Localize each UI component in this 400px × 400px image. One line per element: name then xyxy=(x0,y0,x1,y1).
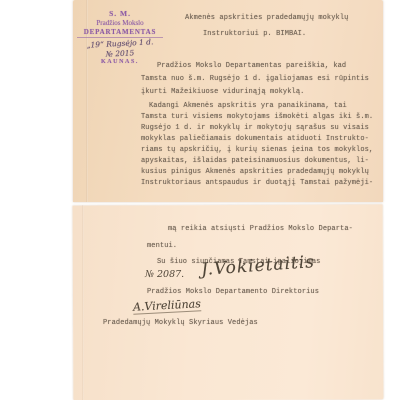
body-line: Tamsta nuo š.m. Rugsėjo 1 d. įgaliojamas… xyxy=(141,73,369,86)
body-line: mokyklas paliečiamais dokumentais atiduo… xyxy=(141,134,373,145)
stamp-org-line: Pradžios Mokslo xyxy=(77,19,163,27)
body-paragraph-2: Kadangi Akmenės apskritis yra panaikinam… xyxy=(141,101,373,189)
department-stamp: S. M. Pradžios Mokslo DEPARTAMENTAS „19“… xyxy=(77,9,163,65)
letter-paper: S. M. Pradžios Mokslo DEPARTAMENTAS „19“… xyxy=(73,0,383,400)
body-paragraph-3-line2: mentui. xyxy=(147,241,177,252)
body-paragraph-1: Pradžios Mokslo Departamentas pareiškia,… xyxy=(141,60,369,99)
recipient-line1: Akmenės apskrities pradedamųjų mokyklų xyxy=(185,13,348,24)
recipient-line2: Instruktoriui p. BIMBAI. xyxy=(203,29,348,40)
director-title: Pradžios Mokslo Departamento Direktorius xyxy=(147,287,319,298)
body-line: kusius pinigus Akmenės apskrities praded… xyxy=(141,167,373,178)
section-head-title: Pradedamųjų Mokyklų Skyriaus Vedėjas xyxy=(103,318,258,329)
body-paragraph-3-line1: mą reikia atsiųsti Pradžios Mokslo Depar… xyxy=(168,224,353,235)
scanned-letter-page: { "document": { "stamp": { "org_abbrev":… xyxy=(0,0,400,400)
body-line: riams tų apskričių, į kurių sienas įeina… xyxy=(141,145,373,156)
body-line: Pradžios Mokslo Departamentas pareiškia,… xyxy=(141,60,369,73)
stamp-org-abbrev: S. M. xyxy=(77,9,163,18)
body-line: įkurti Mažeikiuose vidurinąją mokyklą. xyxy=(141,86,369,99)
body-line: Kadangi Akmenės apskritis yra panaikinam… xyxy=(141,101,373,112)
recipient-block: Akmenės apskrities pradedamųjų mokyklų I… xyxy=(185,13,348,40)
body-line: apyskaitas, išlaidas pateisinamuosius do… xyxy=(141,156,373,167)
body-line: Rugsėjo 1 d. ir mokyklų ir mokytojų sąra… xyxy=(141,123,373,134)
body-line: Instruktoriaus antspaudus ir duotąjį Tam… xyxy=(141,178,373,189)
body-line: Tamsta turi visiems mokytojams išmokėti … xyxy=(141,112,373,123)
handwritten-document-number: № 2087. xyxy=(145,269,184,280)
